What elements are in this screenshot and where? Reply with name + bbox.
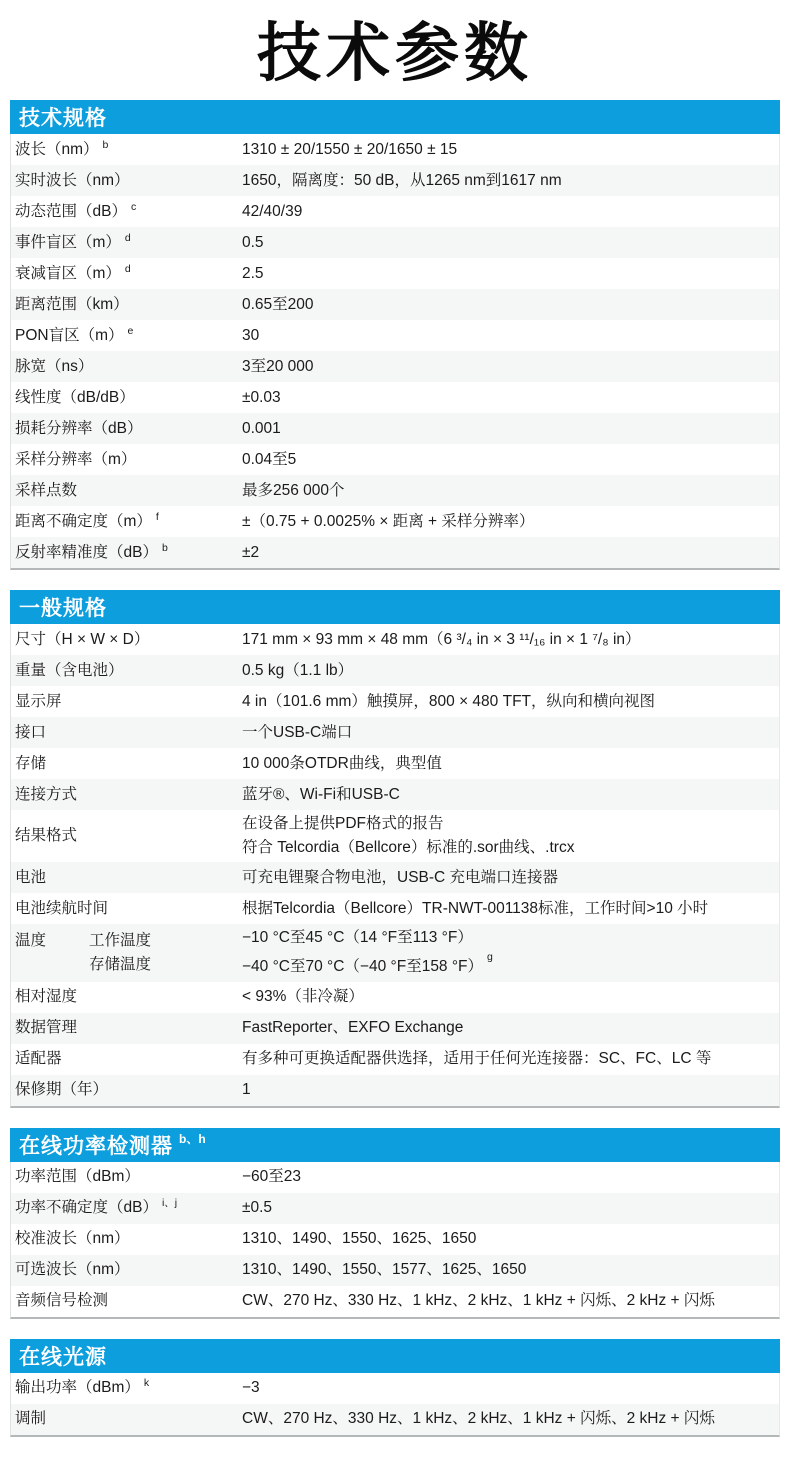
- row-label-text: 线性度（dB/dB）: [15, 386, 135, 410]
- spec-row: 距离不确定度（m）f±（0.75 + 0.0025% × 距离 + 采样分辨率）: [11, 506, 779, 537]
- section-title: 在线功率检测器: [19, 1130, 173, 1160]
- row-value-text: 4 in（101.6 mm）触摸屏，800 × 480 TFT，纵向和横向视图: [242, 693, 655, 710]
- row-value-line: 3至20 000: [242, 355, 779, 379]
- row-sublabel: 工作温度: [89, 929, 151, 953]
- row-label: 动态范围（dB）c: [11, 200, 242, 224]
- row-value-line: ±0.5: [242, 1196, 779, 1220]
- row-value: 2.5: [242, 262, 779, 286]
- section-rows: 波长（nm）b1310 ± 20/1550 ± 20/1650 ± 15实时波长…: [10, 134, 780, 570]
- row-value-text: 1310 ± 20/1550 ± 20/1650 ± 15: [242, 141, 457, 158]
- row-value-text: 一个USB-C端口: [242, 724, 352, 741]
- row-value-line: CW、270 Hz、330 Hz、1 kHz、2 kHz、1 kHz + 闪烁、…: [242, 1289, 779, 1313]
- row-label-text: 距离范围（km）: [15, 293, 129, 317]
- row-label-text: 损耗分辨率（dB）: [15, 417, 142, 441]
- row-label-text: 相对湿度: [15, 985, 77, 1009]
- row-label: 音频信号检测: [11, 1289, 242, 1313]
- row-value-text: 0.65至200: [242, 296, 314, 313]
- row-label-text: 音频信号检测: [15, 1289, 108, 1313]
- row-label-text: 结果格式: [15, 824, 77, 848]
- row-value: 171 mm × 93 mm × 48 mm（6 ³/₄ in × 3 ¹¹/₁…: [242, 628, 779, 652]
- row-value-line: 171 mm × 93 mm × 48 mm（6 ³/₄ in × 3 ¹¹/₁…: [242, 628, 779, 652]
- section-rows: 功率范围（dBm）−60至23功率不确定度（dB）i、j±0.5校准波长（nm）…: [10, 1162, 780, 1319]
- row-label: 实时波长（nm）: [11, 169, 242, 193]
- spec-row: 电池可充电锂聚合物电池，USB-C 充电端口连接器: [11, 862, 779, 893]
- row-value-text: 2.5: [242, 265, 264, 282]
- row-value-line: ±（0.75 + 0.0025% × 距离 + 采样分辨率）: [242, 510, 779, 534]
- spec-row: 显示屏4 in（101.6 mm）触摸屏，800 × 480 TFT，纵向和横向…: [11, 686, 779, 717]
- row-value-text: −3: [242, 1379, 260, 1396]
- row-label: PON盲区（m）e: [11, 324, 242, 348]
- row-label-text: PON盲区（m）: [15, 324, 124, 348]
- row-value-line: 0.04至5: [242, 448, 779, 472]
- row-label-text: 调制: [15, 1407, 46, 1431]
- row-value: 1: [242, 1078, 779, 1102]
- row-value-text: 可充电锂聚合物电池，USB-C 充电端口连接器: [242, 869, 558, 886]
- row-label: 相对湿度: [11, 985, 242, 1009]
- row-label: 适配器: [11, 1047, 242, 1071]
- row-label: 波长（nm）b: [11, 138, 242, 162]
- spec-row: 事件盲区（m）d0.5: [11, 227, 779, 258]
- row-label: 距离范围（km）: [11, 293, 242, 317]
- row-value-line: 30: [242, 324, 779, 348]
- row-label: 损耗分辨率（dB）: [11, 417, 242, 441]
- row-value-line: FastReporter、EXFO Exchange: [242, 1016, 779, 1040]
- spec-section-2: 一般规格尺寸（H × W × D）171 mm × 93 mm × 48 mm（…: [10, 590, 780, 1107]
- row-label-footnote: b: [162, 536, 168, 560]
- section-title: 技术规格: [19, 102, 107, 132]
- row-value: 1310 ± 20/1550 ± 20/1650 ± 15: [242, 138, 779, 162]
- row-value-line: 符合 Telcordia（Bellcore）标准的.sor曲线、.trcx: [242, 836, 779, 860]
- spec-row: 相对湿度< 93%（非冷凝）: [11, 982, 779, 1013]
- spec-row: 衰减盲区（m）d2.5: [11, 258, 779, 289]
- spec-row: 结果格式在设备上提供PDF格式的报告符合 Telcordia（Bellcore）…: [11, 810, 779, 862]
- row-value: 1310、1490、1550、1625、1650: [242, 1227, 779, 1251]
- row-value: 0.5: [242, 231, 779, 255]
- row-label-text: 尺寸（H × W × D）: [15, 628, 149, 652]
- row-label-text: 反射率精准度（dB）: [15, 541, 158, 565]
- spec-row: 功率不确定度（dB）i、j±0.5: [11, 1193, 779, 1224]
- row-label: 连接方式: [11, 783, 242, 807]
- row-value-line: −40 °C至70 °C（−40 °F至158 °F）g: [242, 950, 779, 979]
- spec-row: 数据管理FastReporter、EXFO Exchange: [11, 1013, 779, 1044]
- row-value-line: 0.65至200: [242, 293, 779, 317]
- row-label-text: 显示屏: [15, 690, 62, 714]
- row-label-footnote: e: [128, 319, 134, 343]
- row-value: 根据Telcordia（Bellcore）TR-NWT-001138标准，工作时…: [242, 897, 779, 921]
- row-label-footnote: c: [131, 195, 136, 219]
- row-label-footnote: b: [103, 133, 109, 157]
- row-value: 42/40/39: [242, 200, 779, 224]
- row-label-text: 温度: [15, 929, 89, 953]
- row-label-text: 存储: [15, 752, 46, 776]
- row-label: 反射率精准度（dB）b: [11, 541, 242, 565]
- row-value: CW、270 Hz、330 Hz、1 kHz、2 kHz、1 kHz + 闪烁、…: [242, 1289, 779, 1313]
- row-value: −60至23: [242, 1165, 779, 1189]
- row-value-text: < 93%（非冷凝）: [242, 988, 364, 1005]
- spec-section-4: 在线光源输出功率（dBm）k−3调制CW、270 Hz、330 Hz、1 kHz…: [10, 1339, 780, 1437]
- row-label-text: 电池: [15, 866, 46, 890]
- spec-row: 波长（nm）b1310 ± 20/1550 ± 20/1650 ± 15: [11, 134, 779, 165]
- row-value-text: 3至20 000: [242, 358, 314, 375]
- row-value: 10 000条OTDR曲线，典型值: [242, 752, 779, 776]
- row-label-text: 实时波长（nm）: [15, 169, 130, 193]
- row-value-text: 在设备上提供PDF格式的报告: [242, 815, 444, 832]
- row-label-text: 波长（nm）: [15, 138, 99, 162]
- spec-row: 调制CW、270 Hz、330 Hz、1 kHz、2 kHz、1 kHz + 闪…: [11, 1404, 779, 1435]
- row-label-text: 距离不确定度（m）: [15, 510, 152, 534]
- row-value: 蓝牙®、Wi-Fi和USB-C: [242, 783, 779, 807]
- row-value: 30: [242, 324, 779, 348]
- row-value: 0.001: [242, 417, 779, 441]
- row-label-text: 电池续航时间: [15, 897, 108, 921]
- row-value-text: 1310、1490、1550、1625、1650: [242, 1230, 476, 1247]
- row-label-text: 可选波长（nm）: [15, 1258, 130, 1282]
- row-value-text: 最多256 000个: [242, 482, 345, 499]
- section-title: 一般规格: [19, 592, 107, 622]
- row-value-text: −40 °C至70 °C（−40 °F至158 °F）: [242, 959, 483, 976]
- section-title: 在线光源: [19, 1341, 107, 1371]
- row-label: 调制: [11, 1407, 242, 1431]
- row-label-text: 采样分辨率（m）: [15, 448, 136, 472]
- spec-row: 校准波长（nm）1310、1490、1550、1625、1650: [11, 1224, 779, 1255]
- row-value-text: ±0.5: [242, 1199, 272, 1216]
- spec-row: 保修期（年）1: [11, 1075, 779, 1106]
- row-value-footnote: g: [487, 951, 493, 963]
- row-label: 数据管理: [11, 1016, 242, 1040]
- spec-row: 适配器有多种可更换适配器供选择，适用于任何光连接器：SC、FC、LC 等: [11, 1044, 779, 1075]
- spec-row: 损耗分辨率（dB）0.001: [11, 413, 779, 444]
- spec-row: 采样点数最多256 000个: [11, 475, 779, 506]
- row-value-text: 171 mm × 93 mm × 48 mm（6 ³/₄ in × 3 ¹¹/₁…: [242, 631, 641, 648]
- row-value-line: 在设备上提供PDF格式的报告: [242, 812, 779, 836]
- row-label-text: 连接方式: [15, 783, 77, 807]
- row-value: 可充电锂聚合物电池，USB-C 充电端口连接器: [242, 866, 779, 890]
- spec-row: 接口一个USB-C端口: [11, 717, 779, 748]
- row-label-text: 接口: [15, 721, 46, 745]
- row-label: 尺寸（H × W × D）: [11, 628, 242, 652]
- row-value-line: 1650，隔离度：50 dB，从1265 nm到1617 nm: [242, 169, 779, 193]
- row-value-text: 蓝牙®、Wi-Fi和USB-C: [242, 786, 400, 803]
- row-label: 事件盲区（m）d: [11, 231, 242, 255]
- spec-row: 输出功率（dBm）k−3: [11, 1373, 779, 1404]
- row-value-line: 1310、1490、1550、1625、1650: [242, 1227, 779, 1251]
- row-value-text: 1650，隔离度：50 dB，从1265 nm到1617 nm: [242, 172, 562, 189]
- row-value-line: 10 000条OTDR曲线，典型值: [242, 752, 779, 776]
- row-label: 校准波长（nm）: [11, 1227, 242, 1251]
- row-value-text: 根据Telcordia（Bellcore）TR-NWT-001138标准，工作时…: [242, 900, 708, 917]
- section-header: 一般规格: [10, 590, 780, 624]
- row-label: 可选波长（nm）: [11, 1258, 242, 1282]
- row-value: 最多256 000个: [242, 479, 779, 503]
- sections-container: 技术规格波长（nm）b1310 ± 20/1550 ± 20/1650 ± 15…: [0, 100, 790, 1436]
- row-label: 功率范围（dBm）: [11, 1165, 242, 1189]
- row-value: 0.5 kg（1.1 lb）: [242, 659, 779, 683]
- row-value-text: 0.04至5: [242, 451, 296, 468]
- row-value-text: 1: [242, 1081, 251, 1098]
- row-label-text: 脉宽（ns）: [15, 355, 93, 379]
- row-value-text: ±0.03: [242, 389, 281, 406]
- row-label: 存储: [11, 752, 242, 776]
- row-value: ±（0.75 + 0.0025% × 距离 + 采样分辨率）: [242, 510, 779, 534]
- row-value-line: 1: [242, 1078, 779, 1102]
- section-rows: 尺寸（H × W × D）171 mm × 93 mm × 48 mm（6 ³/…: [10, 624, 780, 1107]
- row-value-text: −60至23: [242, 1168, 301, 1185]
- row-value-line: 有多种可更换适配器供选择，适用于任何光连接器：SC、FC、LC 等: [242, 1047, 779, 1071]
- row-label: 采样点数: [11, 479, 242, 503]
- row-label-footnote: f: [156, 505, 159, 529]
- spec-row: 反射率精准度（dB）b±2: [11, 537, 779, 568]
- row-value: ±0.03: [242, 386, 779, 410]
- row-label: 采样分辨率（m）: [11, 448, 242, 472]
- spec-row: 音频信号检测CW、270 Hz、330 Hz、1 kHz、2 kHz、1 kHz…: [11, 1286, 779, 1317]
- page-title: 技术参数: [0, 0, 790, 100]
- row-label-text: 事件盲区（m）: [15, 231, 121, 255]
- row-value-line: 可充电锂聚合物电池，USB-C 充电端口连接器: [242, 866, 779, 890]
- row-label-footnote: k: [144, 1371, 149, 1395]
- row-value-line: 一个USB-C端口: [242, 721, 779, 745]
- row-label-text: 重量（含电池）: [15, 659, 124, 683]
- row-value-line: 0.5: [242, 231, 779, 255]
- row-value-text: −10 °C至45 °C（14 °F至113 °F）: [242, 929, 473, 946]
- spec-row: 脉宽（ns）3至20 000: [11, 351, 779, 382]
- row-label-text: 数据管理: [15, 1016, 77, 1040]
- row-value: ±2: [242, 541, 779, 565]
- row-label-text: 采样点数: [15, 479, 77, 503]
- row-value-line: 0.5 kg（1.1 lb）: [242, 659, 779, 683]
- row-value-text: 0.001: [242, 420, 281, 437]
- spec-section-3: 在线功率检测器b、h功率范围（dBm）−60至23功率不确定度（dB）i、j±0…: [10, 1128, 780, 1319]
- row-label: 温度工作温度存储温度: [11, 929, 242, 977]
- row-value: 一个USB-C端口: [242, 721, 779, 745]
- row-value: −3: [242, 1376, 779, 1400]
- row-value-line: −3: [242, 1376, 779, 1400]
- spec-section-1: 技术规格波长（nm）b1310 ± 20/1550 ± 20/1650 ± 15…: [10, 100, 780, 570]
- row-label-text: 输出功率（dBm）: [15, 1376, 140, 1400]
- section-header: 在线功率检测器b、h: [10, 1128, 780, 1162]
- row-label: 线性度（dB/dB）: [11, 386, 242, 410]
- row-value: 有多种可更换适配器供选择，适用于任何光连接器：SC、FC、LC 等: [242, 1047, 779, 1071]
- spec-row: 电池续航时间根据Telcordia（Bellcore）TR-NWT-001138…: [11, 893, 779, 924]
- row-sublabel: 存储温度: [89, 953, 151, 977]
- row-value-text: ±2: [242, 544, 259, 561]
- spec-row: 功率范围（dBm）−60至23: [11, 1162, 779, 1193]
- row-value: 0.65至200: [242, 293, 779, 317]
- row-label-text: 衰减盲区（m）: [15, 262, 121, 286]
- row-label: 脉宽（ns）: [11, 355, 242, 379]
- spec-row: 温度工作温度存储温度−10 °C至45 °C（14 °F至113 °F）−40 …: [11, 924, 779, 981]
- spec-row: 实时波长（nm）1650，隔离度：50 dB，从1265 nm到1617 nm: [11, 165, 779, 196]
- row-value-line: −10 °C至45 °C（14 °F至113 °F）: [242, 926, 779, 950]
- row-value-text: 有多种可更换适配器供选择，适用于任何光连接器：SC、FC、LC 等: [242, 1050, 711, 1067]
- row-label: 显示屏: [11, 690, 242, 714]
- row-label: 结果格式: [11, 824, 242, 848]
- row-value-line: 蓝牙®、Wi-Fi和USB-C: [242, 783, 779, 807]
- row-value: 1310、1490、1550、1577、1625、1650: [242, 1258, 779, 1282]
- spec-row: PON盲区（m）e30: [11, 320, 779, 351]
- row-value-line: 1310、1490、1550、1577、1625、1650: [242, 1258, 779, 1282]
- row-value: ±0.5: [242, 1196, 779, 1220]
- spec-row: 重量（含电池）0.5 kg（1.1 lb）: [11, 655, 779, 686]
- row-label: 电池: [11, 866, 242, 890]
- row-label: 衰减盲区（m）d: [11, 262, 242, 286]
- row-label: 接口: [11, 721, 242, 745]
- section-rows: 输出功率（dBm）k−3调制CW、270 Hz、330 Hz、1 kHz、2 k…: [10, 1373, 780, 1437]
- spec-row: 存储10 000条OTDR曲线，典型值: [11, 748, 779, 779]
- row-label-text: 保修期（年）: [15, 1078, 108, 1102]
- section-title-footnote: b、h: [179, 1130, 206, 1147]
- row-label: 功率不确定度（dB）i、j: [11, 1196, 242, 1220]
- row-value-text: 42/40/39: [242, 203, 302, 220]
- row-label: 保修期（年）: [11, 1078, 242, 1102]
- row-value-line: 0.001: [242, 417, 779, 441]
- row-label-text: 适配器: [15, 1047, 62, 1071]
- row-value: 在设备上提供PDF格式的报告符合 Telcordia（Bellcore）标准的.…: [242, 812, 779, 860]
- row-value-text: 30: [242, 327, 259, 344]
- row-value-line: 根据Telcordia（Bellcore）TR-NWT-001138标准，工作时…: [242, 897, 779, 921]
- row-label: 电池续航时间: [11, 897, 242, 921]
- row-label-footnote: i、j: [162, 1191, 177, 1215]
- row-value-line: 42/40/39: [242, 200, 779, 224]
- row-value: FastReporter、EXFO Exchange: [242, 1016, 779, 1040]
- row-value-line: CW、270 Hz、330 Hz、1 kHz、2 kHz、1 kHz + 闪烁、…: [242, 1407, 779, 1431]
- row-value: 4 in（101.6 mm）触摸屏，800 × 480 TFT，纵向和横向视图: [242, 690, 779, 714]
- row-value-text: 1310、1490、1550、1577、1625、1650: [242, 1261, 526, 1278]
- row-value: 1650，隔离度：50 dB，从1265 nm到1617 nm: [242, 169, 779, 193]
- row-value-text: 0.5 kg（1.1 lb）: [242, 662, 353, 679]
- row-sublabels: 工作温度存储温度: [89, 929, 151, 977]
- spec-row: 可选波长（nm）1310、1490、1550、1577、1625、1650: [11, 1255, 779, 1286]
- spec-row: 动态范围（dB）c42/40/39: [11, 196, 779, 227]
- row-label-text: 校准波长（nm）: [15, 1227, 130, 1251]
- row-value-line: 4 in（101.6 mm）触摸屏，800 × 480 TFT，纵向和横向视图: [242, 690, 779, 714]
- spec-row: 采样分辨率（m）0.04至5: [11, 444, 779, 475]
- row-value-text: FastReporter、EXFO Exchange: [242, 1019, 463, 1036]
- row-label-footnote: d: [125, 257, 131, 281]
- row-value-text: 0.5: [242, 234, 264, 251]
- row-value-line: ±2: [242, 541, 779, 565]
- row-value-line: < 93%（非冷凝）: [242, 985, 779, 1009]
- row-value: CW、270 Hz、330 Hz、1 kHz、2 kHz、1 kHz + 闪烁、…: [242, 1407, 779, 1431]
- row-value-line: −60至23: [242, 1165, 779, 1189]
- row-label: 重量（含电池）: [11, 659, 242, 683]
- row-label-text: 动态范围（dB）: [15, 200, 127, 224]
- row-label-text: 功率范围（dBm）: [15, 1165, 140, 1189]
- row-value-text: CW、270 Hz、330 Hz、1 kHz、2 kHz、1 kHz + 闪烁、…: [242, 1292, 715, 1309]
- row-value-text: CW、270 Hz、330 Hz、1 kHz、2 kHz、1 kHz + 闪烁、…: [242, 1410, 715, 1427]
- row-value-text: 符合 Telcordia（Bellcore）标准的.sor曲线、.trcx: [242, 839, 574, 856]
- section-header: 技术规格: [10, 100, 780, 134]
- spec-row: 线性度（dB/dB）±0.03: [11, 382, 779, 413]
- row-value: < 93%（非冷凝）: [242, 985, 779, 1009]
- spec-row: 尺寸（H × W × D）171 mm × 93 mm × 48 mm（6 ³/…: [11, 624, 779, 655]
- spec-row: 距离范围（km）0.65至200: [11, 289, 779, 320]
- spec-row: 连接方式蓝牙®、Wi-Fi和USB-C: [11, 779, 779, 810]
- row-value-line: ±0.03: [242, 386, 779, 410]
- row-value-text: ±（0.75 + 0.0025% × 距离 + 采样分辨率）: [242, 513, 534, 530]
- row-label-text: 功率不确定度（dB）: [15, 1196, 158, 1220]
- row-label: 输出功率（dBm）k: [11, 1376, 242, 1400]
- row-value-text: 10 000条OTDR曲线，典型值: [242, 755, 442, 772]
- row-value: −10 °C至45 °C（14 °F至113 °F）−40 °C至70 °C（−…: [242, 926, 779, 979]
- row-label-footnote: d: [125, 226, 131, 250]
- row-value: 3至20 000: [242, 355, 779, 379]
- spec-sheet-page: 技术参数 技术规格波长（nm）b1310 ± 20/1550 ± 20/1650…: [0, 0, 790, 1437]
- row-value: 0.04至5: [242, 448, 779, 472]
- row-value-line: 2.5: [242, 262, 779, 286]
- row-value-line: 1310 ± 20/1550 ± 20/1650 ± 15: [242, 138, 779, 162]
- row-value-line: 最多256 000个: [242, 479, 779, 503]
- section-header: 在线光源: [10, 1339, 780, 1373]
- row-label: 距离不确定度（m）f: [11, 510, 242, 534]
